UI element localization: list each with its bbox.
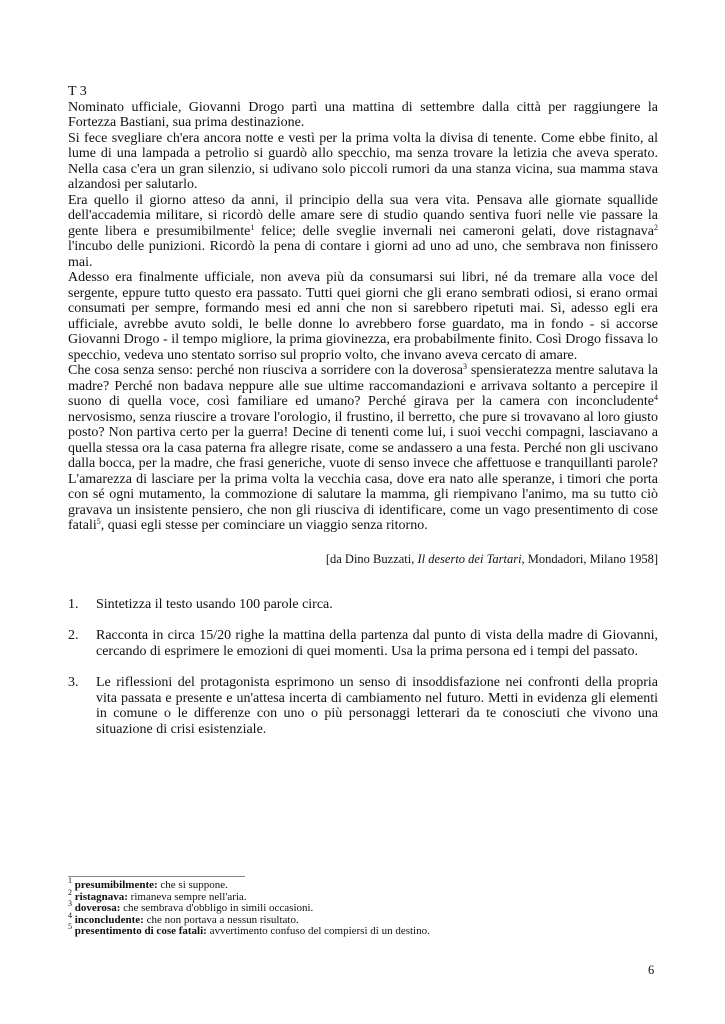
footnote-term: ristagnava: (75, 891, 128, 903)
footnotes: 1 presumibilmente: che si suppone. 2 ris… (68, 876, 568, 938)
footnote: 5 presentimento di cose fatali: avvertim… (68, 926, 568, 938)
task-item: 1.Sintetizza il testo usando 100 parole … (68, 597, 658, 613)
footnote-reference: 5 (97, 517, 101, 526)
passage-paragraph: Era quello il giorno atteso da anni, il … (68, 193, 658, 271)
task-item: 2.Racconta in circa 15/20 righe la matti… (68, 628, 658, 659)
task-number: 1. (68, 597, 79, 613)
passage-paragraph: Che cosa senza senso: perché non riusciv… (68, 363, 658, 534)
footnote-reference: 3 (463, 362, 467, 371)
task-number: 2. (68, 628, 79, 644)
task-text: Racconta in circa 15/20 righe la mattina… (96, 628, 658, 659)
footnote-definition: che si suppone. (158, 879, 228, 891)
footnote-reference: 2 (654, 223, 658, 232)
page-number: 6 (648, 963, 654, 978)
footnote-term: presumibilmente: (75, 879, 158, 891)
task-item: 3.Le riflessioni del protagonista esprim… (68, 675, 658, 737)
footnote-term: doverosa: (75, 902, 121, 914)
footnote-number: 5 (68, 922, 72, 931)
task-text: Le riflessioni del protagonista esprimon… (96, 675, 658, 737)
footnote-definition: che non portava a nessun risultato. (144, 914, 299, 926)
footnote-definition: che sembrava d'obbligo in simili occasio… (120, 902, 313, 914)
citation-suffix: , Mondadori, Milano 1958] (522, 552, 658, 566)
passage-paragraph: Adesso era finalmente ufficiale, non ave… (68, 270, 658, 363)
citation-book-title: Il deserto dei Tartari (417, 552, 521, 566)
footnote-definition: avvertimento confuso del compiersi di un… (207, 925, 430, 937)
footnote-reference: 4 (654, 393, 658, 402)
footnote-number: 2 (68, 888, 72, 897)
passage-paragraph: Si fece svegliare ch'era ancora notte e … (68, 131, 658, 193)
footnote-number: 1 (68, 876, 72, 885)
footnote-number: 3 (68, 899, 72, 908)
task-list: 1.Sintetizza il testo usando 100 parole … (68, 597, 658, 738)
footnote-number: 4 (68, 911, 72, 920)
passage-text: Nominato ufficiale, Giovanni Drogo partì… (68, 100, 658, 534)
task-number: 3. (68, 675, 79, 691)
document-page: T 3 Nominato ufficiale, Giovanni Drogo p… (68, 84, 658, 753)
citation: [da Dino Buzzati, Il deserto dei Tartari… (68, 552, 658, 567)
footnote-divider (68, 876, 245, 877)
citation-prefix: [da Dino Buzzati, (326, 552, 418, 566)
footnote-definition: rimaneva sempre nell'aria. (128, 891, 247, 903)
footnote-reference: 1 (250, 223, 254, 232)
footnote-term: presentimento di cose fatali: (75, 925, 207, 937)
passage-paragraph: Nominato ufficiale, Giovanni Drogo partì… (68, 100, 658, 131)
footnote-term: inconcludente: (75, 914, 144, 926)
task-text: Sintetizza il testo usando 100 parole ci… (96, 597, 333, 612)
section-label: T 3 (68, 84, 658, 100)
